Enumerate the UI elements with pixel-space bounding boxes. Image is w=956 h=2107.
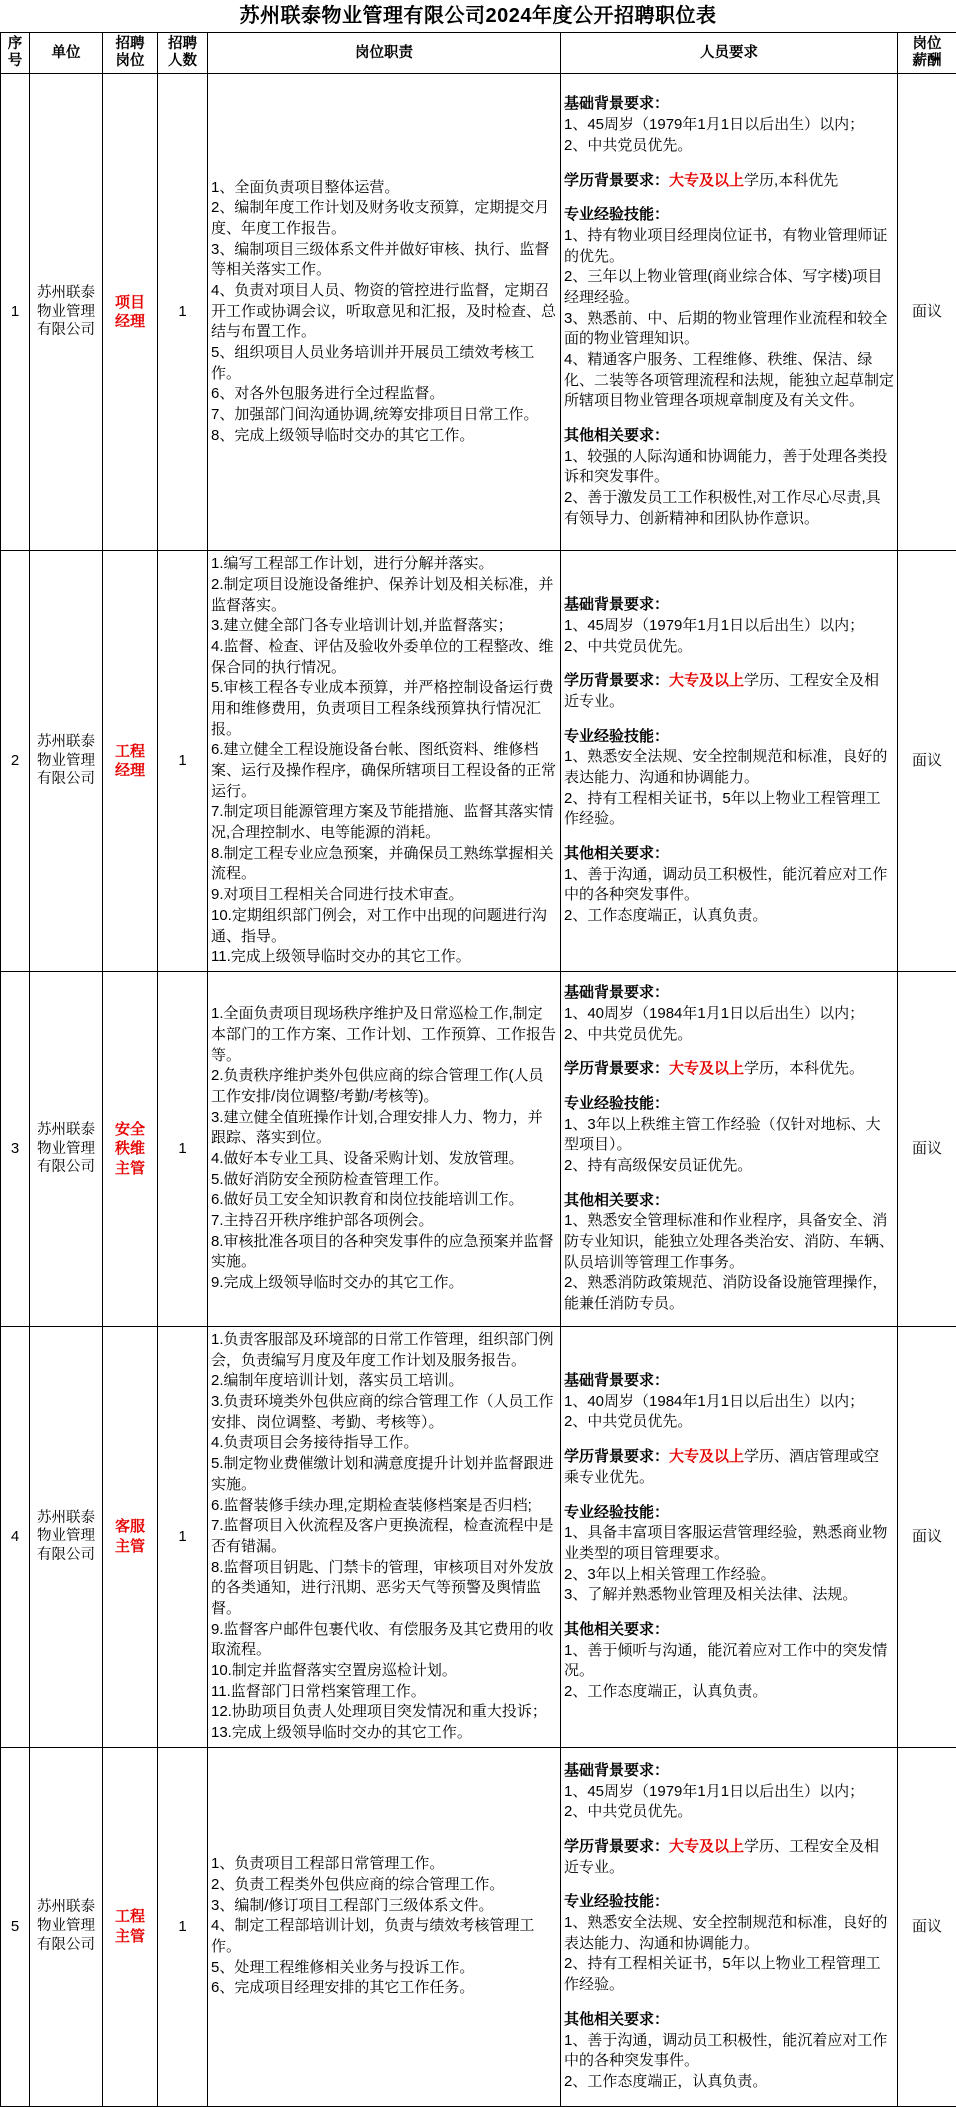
requirement-section: 学历背景要求：大专及以上学历、工程安全及相近专业。 (564, 1837, 894, 1878)
duty-line: 5.制定物业费催缴计划和满意度提升计划并监督跟进实施。 (211, 1454, 557, 1495)
requirement-item: 1、45周岁（1979年1月1日以后出生）以内； (564, 115, 894, 136)
duties-cell: 1、全面负责项目整体运营。2、编制年度工作计划及财务收支预算，定期提交月度、年度… (208, 74, 561, 551)
requirement-item: 2、熟悉消防政策规范、消防设备设施管理操作，能兼任消防专员。 (564, 1273, 894, 1314)
requirement-highlight: 大专及以上 (669, 1060, 744, 1077)
requirement-section-title: 其他相关要求： (564, 427, 669, 444)
table-row: 2苏州联泰物业管理有限公司工程经理11.编写工程部工作计划，进行分解并落实。2.… (1, 551, 956, 972)
duty-line: 6、完成项目经理安排的其它工作任务。 (211, 1978, 557, 1999)
duty-line: 11.监督部门日常档案管理工作。 (211, 1682, 557, 1703)
requirement-section-title: 基础背景要求： (564, 596, 669, 613)
position-cell: 项目经理 (103, 74, 158, 551)
requirement-section: 学历背景要求：大专及以上学历、工程安全及相近专业。 (564, 671, 894, 712)
requirement-section-heading: 学历背景要求：大专及以上学历、工程安全及相近专业。 (564, 671, 894, 712)
requirement-item: 1、善于倾听与沟通，能沉着应对工作中的突发情况。 (564, 1641, 894, 1682)
requirement-section-heading: 学历背景要求：大专及以上学历、酒店管理或空乘专业优先。 (564, 1447, 894, 1488)
header-salary: 岗位 薪酬 (898, 33, 956, 74)
header-unit: 单位 (30, 33, 103, 74)
duty-line: 12.协助项目负责人处理项目突发情况和重大投诉； (211, 1702, 557, 1723)
unit-cell: 苏州联泰物业管理有限公司 (30, 551, 103, 972)
unit-cell: 苏州联泰物业管理有限公司 (30, 1327, 103, 1748)
table-row: 3苏州联泰物业管理有限公司安全秩维主管11.全面负责项目现场秩序维护及日常巡检工… (1, 972, 956, 1327)
duties-cell: 1、负责项目工程部日常管理工作。2、负责工程类外包供应商的综合管理工作。3、编制… (208, 1747, 561, 2106)
duty-line: 10.定期组织部门例会，对工作中出现的问题进行沟通、指导。 (211, 906, 557, 947)
requirement-highlight: 大专及以上 (669, 1838, 744, 1855)
duty-line: 8.制定工程专业应急预案，并确保员工熟练掌握相关流程。 (211, 844, 557, 885)
requirement-section: 专业经验技能：1、具备丰富项目客服运营管理经验，熟悉商业物业类型的项目管理要求。… (564, 1503, 894, 1606)
duty-line: 7、加强部门间沟通协调,统筹安排项目日常工作。 (211, 405, 557, 426)
duty-line: 9.监督客户邮件包裹代收、有偿服务及其它费用的收取流程。 (211, 1620, 557, 1661)
table-row: 1苏州联泰物业管理有限公司项目经理11、全面负责项目整体运营。2、编制年度工作计… (1, 74, 956, 551)
duty-line: 7.主持召开秩序维护部各项例会。 (211, 1211, 557, 1232)
seq-cell: 1 (1, 74, 30, 551)
requirement-item: 2、持有工程相关证书，5年以上物业工程管理工作经验。 (564, 789, 894, 830)
requirement-item: 1、40周岁（1984年1月1日以后出生）以内； (564, 1004, 894, 1025)
duty-line: 2.编制年度培训计划，落实员工培训。 (211, 1371, 557, 1392)
requirement-section-heading: 学历背景要求：大专及以上学历,本科优先 (564, 171, 894, 192)
header-seq: 序 号 (1, 33, 30, 74)
requirement-section: 其他相关要求：1、较强的人际沟通和协调能力，善于处理各类投诉和突发事件。2、善于… (564, 426, 894, 529)
duty-line: 7.制定项目能源管理方案及节能措施、监督其落实情况,合理控制水、电等能源的消耗。 (211, 802, 557, 843)
requirement-section-heading: 学历背景要求：大专及以上学历、工程安全及相近专业。 (564, 1837, 894, 1878)
table-row: 4苏州联泰物业管理有限公司客服主管11.负责客服部及环境部的日常工作管理，组织部… (1, 1327, 956, 1748)
requirement-section-title: 基础背景要求： (564, 1372, 669, 1389)
requirement-item: 4、精通客户服务、工程维修、秩维、保洁、绿化、二装等各项管理流程和法规，能独立起… (564, 350, 894, 412)
duties-cell: 1.全面负责项目现场秩序维护及日常巡检工作,制定本部门的工作方案、工作计划、工作… (208, 972, 561, 1327)
duty-line: 11.完成上级领导临时交办的其它工作。 (211, 947, 557, 968)
duty-line: 3.负责环境类外包供应商的综合管理工作（人员工作安排、岗位调整、考勤、考核等）。 (211, 1392, 557, 1433)
duty-line: 1.编写工程部工作计划，进行分解并落实。 (211, 554, 557, 575)
position-cell: 客服主管 (103, 1327, 158, 1748)
requirement-section-heading: 基础背景要求： (564, 1761, 894, 1782)
duties-cell: 1.负责客服部及环境部的日常工作管理，组织部门例会，负责编写月度及年度工作计划及… (208, 1327, 561, 1748)
requirement-item: 2、中共党员优先。 (564, 1412, 894, 1433)
duties-cell: 1.编写工程部工作计划，进行分解并落实。2.制定项目设施设备维护、保养计划及相关… (208, 551, 561, 972)
duty-line: 1.全面负责项目现场秩序维护及日常巡检工作,制定本部门的工作方案、工作计划、工作… (211, 1004, 557, 1066)
requirements-cell: 基础背景要求：1、45周岁（1979年1月1日以后出生）以内；2、中共党员优先。… (561, 74, 898, 551)
requirement-section: 学历背景要求：大专及以上学历,本科优先 (564, 171, 894, 192)
headcount-cell: 1 (158, 74, 208, 551)
requirement-highlight: 大专及以上 (669, 172, 744, 189)
duty-line: 8.审核批准各项目的各种突发事件的应急预案并监督实施。 (211, 1232, 557, 1273)
duty-line: 7.监督项目入伙流程及客户更换流程，检查流程中是否有错漏。 (211, 1516, 557, 1557)
requirement-section: 基础背景要求：1、45周岁（1979年1月1日以后出生）以内；2、中共党员优先。 (564, 1761, 894, 1823)
requirement-section-title: 专业经验技能： (564, 1095, 669, 1112)
duty-line: 8、完成上级领导临时交办的其它工作。 (211, 426, 557, 447)
seq-cell: 4 (1, 1327, 30, 1748)
requirement-highlight: 大专及以上 (669, 672, 744, 689)
duty-line: 9.完成上级领导临时交办的其它工作。 (211, 1273, 557, 1294)
requirement-section-title: 基础背景要求： (564, 984, 669, 1001)
duty-line: 4、制定工程部培训计划，负责与绩效考核管理工作。 (211, 1916, 557, 1957)
duty-line: 2、编制年度工作计划及财务收支预算，定期提交月度、年度工作报告。 (211, 198, 557, 239)
requirement-item: 2、持有高级保安员证优先。 (564, 1156, 894, 1177)
duty-line: 3、编制项目三级体系文件并做好审核、执行、监督等相关落实工作。 (211, 240, 557, 281)
table-body: 1苏州联泰物业管理有限公司项目经理11、全面负责项目整体运营。2、编制年度工作计… (1, 74, 956, 2107)
header-position: 招聘 岗位 (103, 33, 158, 74)
requirement-section: 专业经验技能：1、熟悉安全法规、安全控制规范和标准，良好的表达能力、沟通和协调能… (564, 1892, 894, 1995)
requirement-section-title: 学历背景要求： (564, 672, 669, 689)
duty-line: 5.审核工程各专业成本预算，并严格控制设备运行费用和维修费用，负责项目工程条线预… (211, 678, 557, 740)
requirement-section-heading: 其他相关要求： (564, 1620, 894, 1641)
duty-line: 9.对项目工程相关合同进行技术审查。 (211, 885, 557, 906)
requirement-section-heading: 基础背景要求： (564, 1371, 894, 1392)
position-cell: 安全秩维主管 (103, 972, 158, 1327)
duty-line: 6.监督装修手续办理,定期检查装修档案是否归档; (211, 1496, 557, 1517)
requirement-item: 2、中共党员优先。 (564, 136, 894, 157)
salary-cell: 面议 (898, 1327, 956, 1748)
table-header: 序 号 单位 招聘 岗位 招聘 人数 岗位职责 人员要求 岗位 薪酬 (1, 33, 956, 74)
duty-line: 6.建立健全工程设施设备台帐、图纸资料、维修档案、运行及操作程序，确保所辖项目工… (211, 740, 557, 802)
requirement-section-heading: 专业经验技能： (564, 727, 894, 748)
requirement-section-heading: 其他相关要求： (564, 844, 894, 865)
requirement-item: 2、中共党员优先。 (564, 1802, 894, 1823)
requirement-section-title: 学历背景要求： (564, 1060, 669, 1077)
duty-line: 3.建立健全值班操作计划,合理安排人力、物力，并跟踪、落实到位。 (211, 1108, 557, 1149)
requirement-item: 1、较强的人际沟通和协调能力，善于处理各类投诉和突发事件。 (564, 447, 894, 488)
header-row: 序 号 单位 招聘 岗位 招聘 人数 岗位职责 人员要求 岗位 薪酬 (1, 33, 956, 74)
requirement-section-heading: 学历背景要求：大专及以上学历，本科优先。 (564, 1059, 894, 1080)
requirement-item: 2、工作态度端正，认真负责。 (564, 906, 894, 927)
duty-line: 5、组织项目人员业务培训并开展员工绩效考核工作。 (211, 343, 557, 384)
page-title: 苏州联泰物业管理有限公司2024年度公开招聘职位表 (0, 0, 956, 32)
requirement-item: 2、工作态度端正，认真负责。 (564, 2072, 894, 2093)
duty-line: 2.负责秩序维护类外包供应商的综合管理工作(人员工作安排/岗位调整/考勤/考核等… (211, 1066, 557, 1107)
duty-line: 5.做好消防安全预防检查管理工作。 (211, 1170, 557, 1191)
requirement-section-title: 基础背景要求： (564, 95, 669, 112)
unit-cell: 苏州联泰物业管理有限公司 (30, 1747, 103, 2106)
requirement-item: 1、3年以上秩维主管工作经验（仅针对地标、大型项目）。 (564, 1115, 894, 1156)
requirement-highlight: 大专及以上 (669, 1448, 744, 1465)
unit-cell: 苏州联泰物业管理有限公司 (30, 74, 103, 551)
requirement-section: 基础背景要求：1、45周岁（1979年1月1日以后出生）以内；2、中共党员优先。 (564, 595, 894, 657)
requirement-item: 2、中共党员优先。 (564, 1025, 894, 1046)
duty-line: 10.制定并监督落实空置房巡检计划。 (211, 1661, 557, 1682)
requirement-section: 学历背景要求：大专及以上学历，本科优先。 (564, 1059, 894, 1080)
requirement-section-heading: 专业经验技能： (564, 205, 894, 226)
headcount-cell: 1 (158, 972, 208, 1327)
requirement-item: 3、熟悉前、中、后期的物业管理作业流程和较全面的物业管理知识。 (564, 309, 894, 350)
requirement-item: 1、善于沟通，调动员工积极性，能沉着应对工作中的各种突发事件。 (564, 2031, 894, 2072)
requirements-cell: 基础背景要求：1、45周岁（1979年1月1日以后出生）以内；2、中共党员优先。… (561, 551, 898, 972)
requirement-section-title: 专业经验技能： (564, 1893, 669, 1910)
requirement-heading-text: 学历,本科优先 (744, 172, 838, 189)
requirement-item: 1、45周岁（1979年1月1日以后出生）以内； (564, 1782, 894, 1803)
requirement-item: 2、善于激发员工工作积极性,对工作尽心尽责,具有领导力、创新精神和团队协作意识。 (564, 488, 894, 529)
requirement-section-heading: 其他相关要求： (564, 1191, 894, 1212)
requirement-item: 2、持有工程相关证书，5年以上物业工程管理工作经验。 (564, 1954, 894, 1995)
position-cell: 工程经理 (103, 551, 158, 972)
requirement-section-heading: 其他相关要求： (564, 2010, 894, 2031)
duty-line: 4.做好本专业工具、设备采购计划、发放管理。 (211, 1149, 557, 1170)
requirement-section: 其他相关要求：1、善于倾听与沟通，能沉着应对工作中的突发情况。2、工作态度端正，… (564, 1620, 894, 1703)
duty-line: 1.负责客服部及环境部的日常工作管理，组织部门例会，负责编写月度及年度工作计划及… (211, 1330, 557, 1371)
requirement-item: 1、持有物业项目经理岗位证书，有物业管理师证的优先。 (564, 226, 894, 267)
requirement-section-title: 专业经验技能： (564, 206, 669, 223)
requirement-section: 基础背景要求：1、40周岁（1984年1月1日以后出生）以内；2、中共党员优先。 (564, 1371, 894, 1433)
requirement-section-heading: 其他相关要求： (564, 426, 894, 447)
unit-cell: 苏州联泰物业管理有限公司 (30, 972, 103, 1327)
headcount-cell: 1 (158, 1327, 208, 1748)
requirement-item: 2、工作态度端正，认真负责。 (564, 1682, 894, 1703)
requirement-section: 专业经验技能：1、持有物业项目经理岗位证书，有物业管理师证的优先。2、三年以上物… (564, 205, 894, 412)
salary-cell: 面议 (898, 74, 956, 551)
requirement-section: 其他相关要求：1、善于沟通，调动员工积极性，能沉着应对工作中的各种突发事件。2、… (564, 844, 894, 927)
duty-line: 4.监督、检查、评估及验收外委单位的工程整改、维保合同的执行情况。 (211, 637, 557, 678)
recruitment-table: 序 号 单位 招聘 岗位 招聘 人数 岗位职责 人员要求 岗位 薪酬 1苏州联泰… (0, 32, 956, 2107)
duty-line: 1、全面负责项目整体运营。 (211, 178, 557, 199)
header-headcount: 招聘 人数 (158, 33, 208, 74)
duty-line: 2、负责工程类外包供应商的综合管理工作。 (211, 1875, 557, 1896)
duty-line: 2.制定项目设施设备维护、保养计划及相关标准，并监督落实。 (211, 575, 557, 616)
requirement-section-title: 基础背景要求： (564, 1762, 669, 1779)
requirement-section-heading: 基础背景要求： (564, 94, 894, 115)
requirement-section: 专业经验技能：1、3年以上秩维主管工作经验（仅针对地标、大型项目）。2、持有高级… (564, 1094, 894, 1177)
duty-line: 4.负责项目会务接待指导工作。 (211, 1433, 557, 1454)
duty-line: 5、处理工程维修相关业务与投诉工作。 (211, 1958, 557, 1979)
requirement-item: 1、45周岁（1979年1月1日以后出生）以内； (564, 616, 894, 637)
headcount-cell: 1 (158, 1747, 208, 2106)
duty-line: 3.建立健全部门各专业培训计划,并监督落实； (211, 616, 557, 637)
seq-cell: 5 (1, 1747, 30, 2106)
seq-cell: 3 (1, 972, 30, 1327)
requirement-item: 1、40周岁（1984年1月1日以后出生）以内； (564, 1392, 894, 1413)
requirement-section: 其他相关要求：1、熟悉安全管理标准和作业程序，具备安全、消防专业知识，能独立处理… (564, 1191, 894, 1315)
requirement-item: 2、三年以上物业管理(商业综合体、写字楼)项目经理经验。 (564, 267, 894, 308)
requirement-item: 1、善于沟通，调动员工积极性，能沉着应对工作中的各种突发事件。 (564, 865, 894, 906)
duty-line: 6.做好员工安全知识教育和岗位技能培训工作。 (211, 1190, 557, 1211)
headcount-cell: 1 (158, 551, 208, 972)
requirement-item: 2、中共党员优先。 (564, 637, 894, 658)
requirement-item: 1、具备丰富项目客服运营管理经验，熟悉商业物业类型的项目管理要求。 (564, 1523, 894, 1564)
requirement-section-heading: 基础背景要求： (564, 595, 894, 616)
requirement-section-title: 其他相关要求： (564, 845, 669, 862)
requirement-item: 1、熟悉安全管理标准和作业程序，具备安全、消防专业知识，能独立处理各类治安、消防… (564, 1211, 894, 1273)
requirement-section-title: 其他相关要求： (564, 1192, 669, 1209)
header-duties: 岗位职责 (208, 33, 561, 74)
requirement-item: 1、熟悉安全法规、安全控制规范和标准，良好的表达能力、沟通和协调能力。 (564, 747, 894, 788)
requirement-section-heading: 专业经验技能： (564, 1094, 894, 1115)
duty-line: 13.完成上级领导临时交办的其它工作。 (211, 1723, 557, 1744)
requirements-cell: 基础背景要求：1、40周岁（1984年1月1日以后出生）以内；2、中共党员优先。… (561, 972, 898, 1327)
salary-cell: 面议 (898, 1747, 956, 2106)
requirements-cell: 基础背景要求：1、40周岁（1984年1月1日以后出生）以内；2、中共党员优先。… (561, 1327, 898, 1748)
requirement-section: 基础背景要求：1、45周岁（1979年1月1日以后出生）以内；2、中共党员优先。 (564, 94, 894, 156)
requirement-section-title: 学历背景要求： (564, 1448, 669, 1465)
requirement-section-title: 专业经验技能： (564, 1504, 669, 1521)
requirement-section: 基础背景要求：1、40周岁（1984年1月1日以后出生）以内；2、中共党员优先。 (564, 983, 894, 1045)
requirements-cell: 基础背景要求：1、45周岁（1979年1月1日以后出生）以内；2、中共党员优先。… (561, 1747, 898, 2106)
requirement-section-heading: 基础背景要求： (564, 983, 894, 1004)
requirement-section-title: 其他相关要求： (564, 2011, 669, 2028)
requirement-item: 1、熟悉安全法规、安全控制规范和标准，良好的表达能力、沟通和协调能力。 (564, 1913, 894, 1954)
requirement-section: 学历背景要求：大专及以上学历、酒店管理或空乘专业优先。 (564, 1447, 894, 1488)
header-requirements: 人员要求 (561, 33, 898, 74)
seq-cell: 2 (1, 551, 30, 972)
duty-line: 6、对各外包服务进行全过程监督。 (211, 384, 557, 405)
duty-line: 4、负责对项目人员、物资的管控进行监督，定期召开工作或协调会议，听取意见和汇报，… (211, 281, 557, 343)
requirement-section: 专业经验技能：1、熟悉安全法规、安全控制规范和标准，良好的表达能力、沟通和协调能… (564, 727, 894, 830)
duty-line: 8.监督项目钥匙、门禁卡的管理，审核项目对外发放的各类通知，进行汛期、恶劣天气等… (211, 1558, 557, 1620)
requirement-section-title: 其他相关要求： (564, 1621, 669, 1638)
duty-line: 3、编制/修订项目工程部门三级体系文件。 (211, 1896, 557, 1917)
requirement-section-heading: 专业经验技能： (564, 1892, 894, 1913)
salary-cell: 面议 (898, 551, 956, 972)
requirement-section-title: 学历背景要求： (564, 1838, 669, 1855)
position-cell: 工程主管 (103, 1747, 158, 2106)
requirement-section: 其他相关要求：1、善于沟通，调动员工积极性，能沉着应对工作中的各种突发事件。2、… (564, 2010, 894, 2093)
requirement-section-heading: 专业经验技能： (564, 1503, 894, 1524)
requirement-item: 2、3年以上相关管理工作经验。 (564, 1565, 894, 1586)
table-row: 5苏州联泰物业管理有限公司工程主管11、负责项目工程部日常管理工作。2、负责工程… (1, 1747, 956, 2106)
requirement-heading-text: 学历，本科优先。 (744, 1060, 864, 1077)
requirement-item: 3、了解并熟悉物业管理及相关法律、法规。 (564, 1585, 894, 1606)
requirement-section-title: 学历背景要求： (564, 172, 669, 189)
salary-cell: 面议 (898, 972, 956, 1327)
duty-line: 1、负责项目工程部日常管理工作。 (211, 1854, 557, 1875)
requirement-section-title: 专业经验技能： (564, 728, 669, 745)
